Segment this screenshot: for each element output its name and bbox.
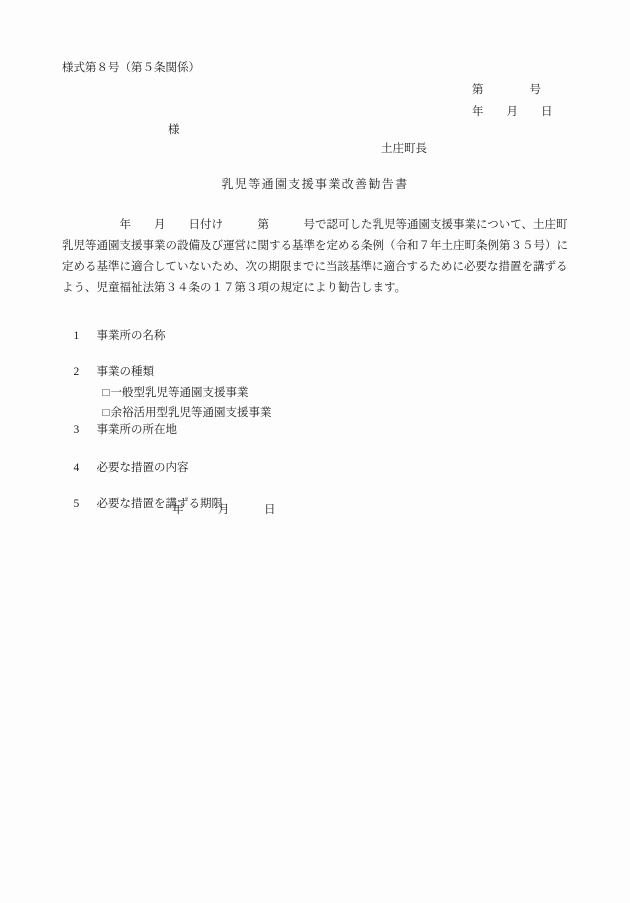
item-business-address: 3事業所の所在地 [62,409,177,451]
document-title: 乳児等通園支援事業改善勧告書 [0,177,630,191]
document-number-line: 第 号 [472,83,541,97]
addressee-honorific: 様 [168,123,180,137]
body-line: よう、児童福祉法第３４条の１７第３項の規定により勧告します。 [62,278,572,299]
item-label: 事業所の名称 [97,330,166,342]
document-page: 様式第８号（第５条関係） 第 号 年 月 日 様 土庄町長 乳児等通園支援事業改… [0,0,630,903]
body-line: 年 月 日付け 第 号で認可した乳児等通園支援事業について、土庄町 [62,215,572,236]
item-label: 必要な措置の内容 [97,462,189,474]
item-number: 3 [74,423,97,437]
item-label: 事業所の所在地 [97,424,178,436]
issue-date-line: 年 月 日 [472,105,553,119]
body-line: 定める基準に適合していないため、次の期限までに当該基準に適合するために必要な措置… [62,257,572,278]
sender-title: 土庄町長 [381,142,427,156]
deadline-date-line: 年 月 日 [172,503,276,517]
item-number: 5 [74,497,97,511]
item-number: 4 [74,461,97,475]
body-paragraph: 年 月 日付け 第 号で認可した乳児等通園支援事業について、土庄町 乳児等通園支… [62,215,572,299]
form-number-label: 様式第８号（第５条関係） [62,61,200,75]
item-number: 1 [74,329,97,343]
body-line: 乳児等通園支援事業の設備及び運営に関する基準を定める条例（令和７年土庄町条例第３… [62,236,572,257]
